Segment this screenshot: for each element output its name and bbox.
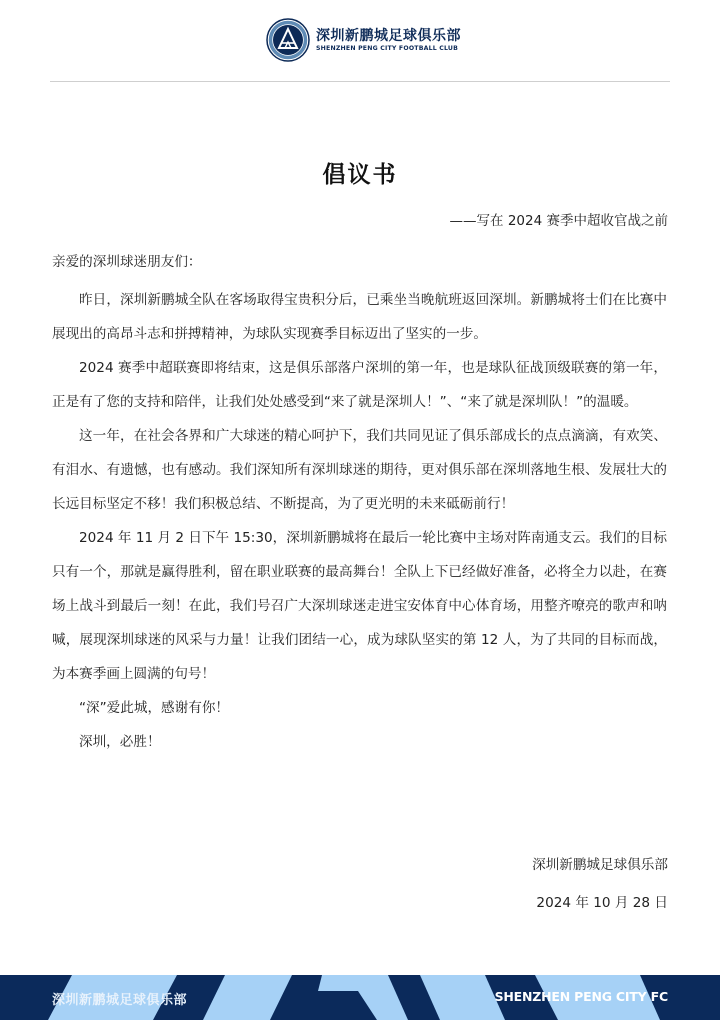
header-divider bbox=[50, 81, 670, 82]
page-title: 倡议书 bbox=[0, 156, 720, 189]
club-logo: 深圳新鹏城足球俱乐部 SHENZHEN PENG CITY FOOTBALL C… bbox=[266, 18, 461, 62]
closing-line-1: “深”爱此城，感谢有你！ bbox=[52, 691, 667, 725]
club-crest-icon bbox=[266, 18, 310, 62]
footer-club-name-cn: 深圳新鹏城足球俱乐部 bbox=[52, 989, 187, 1008]
signature-date: 2024 年 10 月 28 日 bbox=[532, 884, 668, 922]
paragraph-1: 昨日，深圳新鹏城全队在客场取得宝贵积分后，已乘坐当晚航班返回深圳。新鹏城将士们在… bbox=[52, 283, 667, 351]
club-name-cn: 深圳新鹏城足球俱乐部 bbox=[316, 28, 461, 44]
paragraph-3: 这一年，在社会各界和广大球迷的精心呵护下，我们共同见证了俱乐部成长的点点滴滴，有… bbox=[52, 419, 667, 521]
page-footer: 深圳新鹏城足球俱乐部 SHENZHEN PENG CITY FC bbox=[0, 975, 720, 1020]
page-subtitle: ——写在 2024 赛季中超收官战之前 bbox=[450, 209, 668, 229]
page-header: 深圳新鹏城足球俱乐部 SHENZHEN PENG CITY FOOTBALL C… bbox=[0, 0, 720, 82]
signature-organization: 深圳新鹏城足球俱乐部 bbox=[532, 846, 668, 884]
letter-body: 亲爱的深圳球迷朋友们： 昨日，深圳新鹏城全队在客场取得宝贵积分后，已乘坐当晚航班… bbox=[52, 245, 667, 759]
footer-club-name-en: SHENZHEN PENG CITY FC bbox=[495, 989, 668, 1004]
paragraph-4: 2024 年 11 月 2 日下午 15:30，深圳新鹏城将在最后一轮比赛中主场… bbox=[52, 521, 667, 691]
signature-block: 深圳新鹏城足球俱乐部 2024 年 10 月 28 日 bbox=[532, 846, 668, 922]
greeting: 亲爱的深圳球迷朋友们： bbox=[52, 245, 667, 279]
paragraph-2: 2024 赛季中超联赛即将结束，这是俱乐部落户深圳的第一年，也是球队征战顶级联赛… bbox=[52, 351, 667, 419]
club-name-en: SHENZHEN PENG CITY FOOTBALL CLUB bbox=[316, 45, 461, 53]
closing-line-2: 深圳，必胜！ bbox=[52, 725, 667, 759]
